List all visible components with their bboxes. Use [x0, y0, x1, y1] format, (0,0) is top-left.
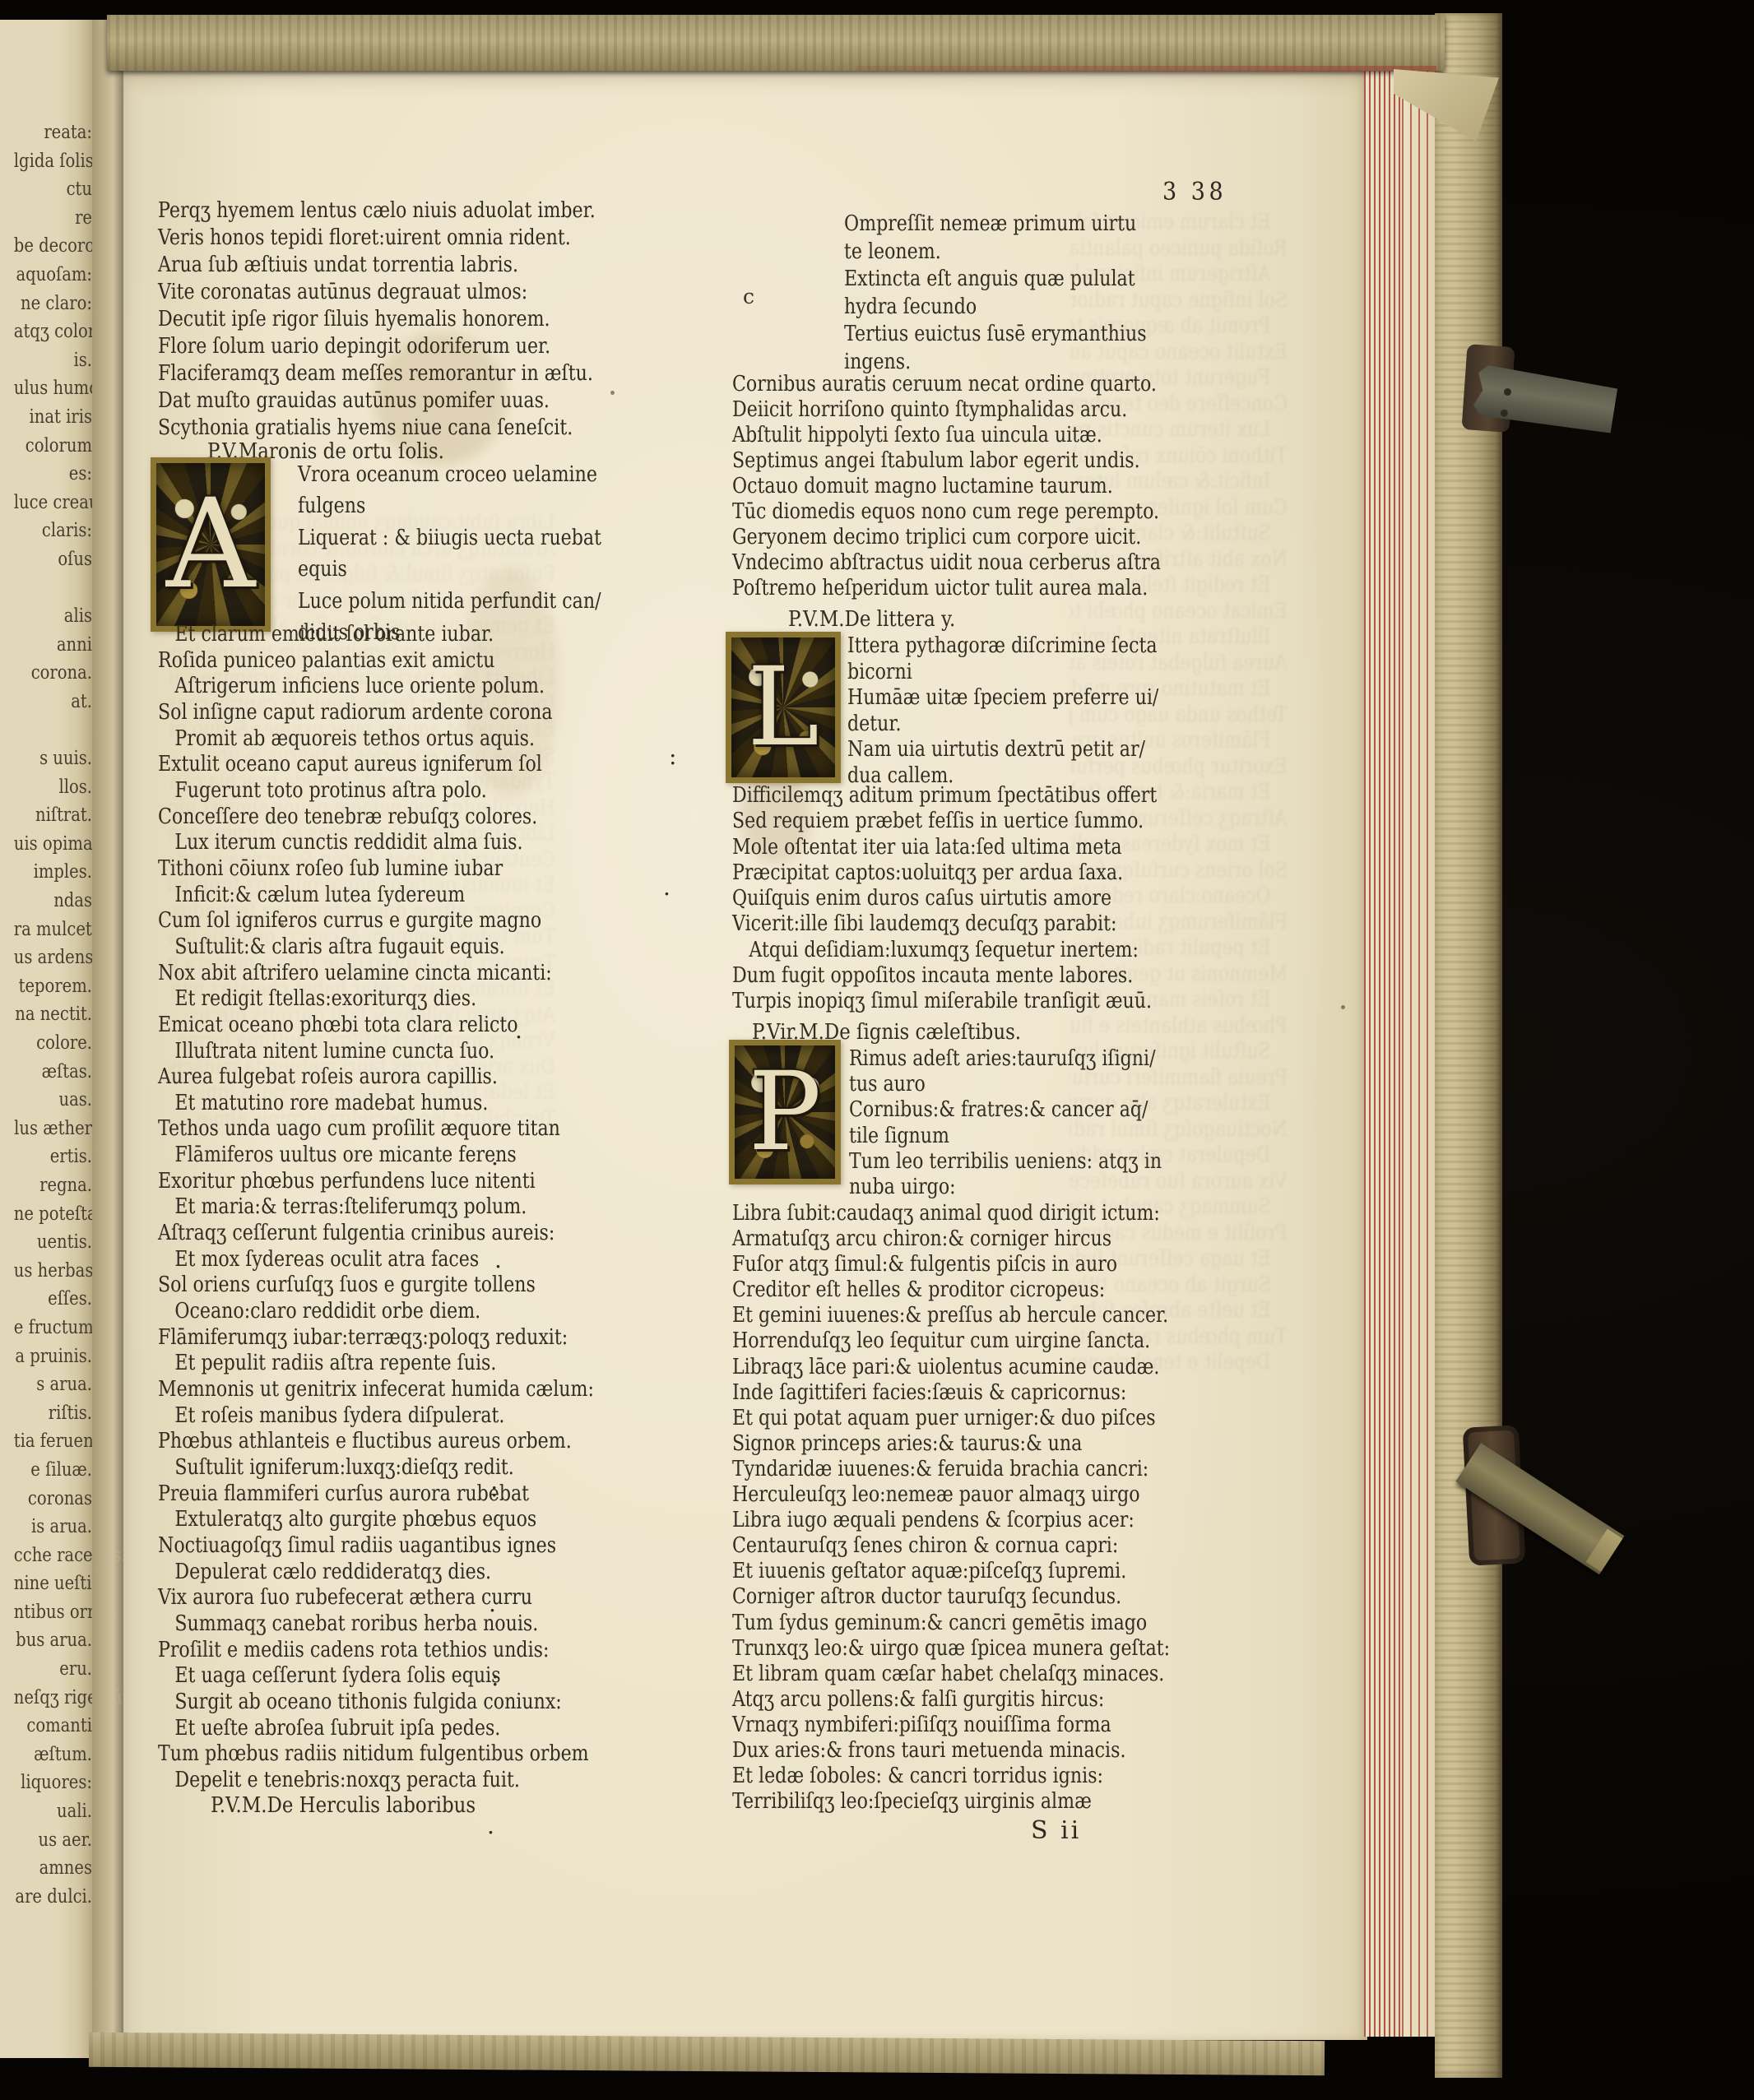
margin-punctuation-mark: . [494, 1246, 502, 1273]
upper-clasp [1464, 339, 1645, 446]
fore-edge-sparse-red-stripes [1402, 25, 1435, 2037]
vellum-cover-fore-edge [1435, 13, 1502, 2078]
clasp-brass-tip [1586, 1529, 1623, 1572]
red-stained-top-edge [856, 66, 1436, 72]
margin-punctuation-mark: . [489, 1590, 496, 1617]
margin-punctuation-mark: : [669, 743, 676, 770]
margin-punctuation-mark: : [491, 1664, 499, 1691]
margin-punctuation-mark: . [515, 1017, 522, 1044]
lower-clasp [1466, 1426, 1680, 1607]
margin-punctuation-mark: : [490, 1475, 498, 1502]
fore-edge-dense-red-stripes [1364, 25, 1402, 2037]
vellum-cover-top-edge [107, 15, 1445, 71]
margin-punctuation-mark: . [663, 874, 671, 901]
fore-edge-red-stained-page-edges [1364, 25, 1435, 2037]
clasp-rivet [1503, 387, 1511, 396]
margin-punctuation-mark: . [487, 1812, 494, 1839]
photographed-book-on-black-background: reata:lgida ſoliscturebe decoroaquoſam:n… [0, 0, 1754, 2100]
margin-punctuation-mark: . [491, 1143, 499, 1171]
